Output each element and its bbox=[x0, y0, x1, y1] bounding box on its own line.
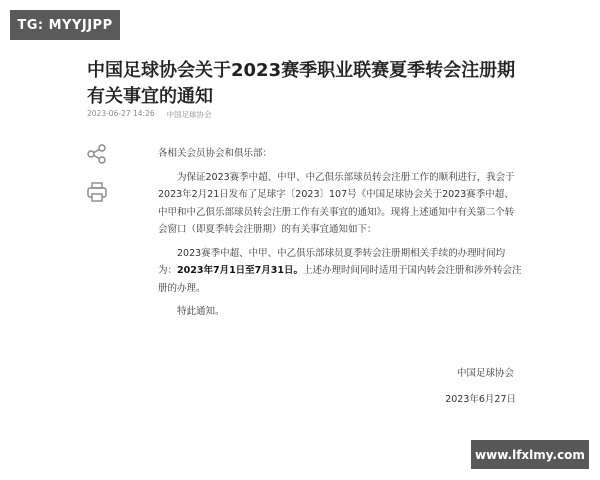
paragraph-1: 为保证2023赛季中超、中甲、中乙俱乐部球员转会注册工作的顺利进行，我会于202… bbox=[158, 169, 523, 239]
site-watermark: www.lfxlmy.com bbox=[471, 440, 589, 469]
signature-block: 中国足球协会 2023年6月27日 bbox=[445, 365, 516, 417]
share-icon[interactable] bbox=[86, 143, 108, 165]
article-title: 中国足球协会关于2023赛季职业联赛夏季转会注册期有关事宜的通知 bbox=[87, 58, 527, 110]
publish-datetime: 2023-06-27 14:26 bbox=[87, 109, 155, 120]
telegram-watermark-badge: TG: MYYJJPP bbox=[10, 10, 120, 40]
article-source: 中国足球协会 bbox=[167, 109, 212, 120]
article-body: 各相关会员协会和俱乐部： 为保证2023赛季中超、中甲、中乙俱乐部球员转会注册工… bbox=[158, 145, 523, 327]
closing-line: 特此通知。 bbox=[158, 303, 523, 321]
article-actions bbox=[86, 143, 108, 219]
signature-org: 中国足球协会 bbox=[445, 365, 514, 379]
article-meta: 2023-06-27 14:26 中国足球协会 bbox=[87, 109, 212, 120]
signature-date: 2023年6月27日 bbox=[445, 391, 516, 405]
salutation: 各相关会员协会和俱乐部： bbox=[158, 145, 523, 163]
registration-period: 2023年7月1日至7月31日。 bbox=[177, 265, 303, 276]
print-icon[interactable] bbox=[86, 181, 108, 203]
paragraph-2: 2023赛季中超、中甲、中乙俱乐部球员夏季转会注册期相关手续的办理时间均为：20… bbox=[158, 245, 523, 298]
